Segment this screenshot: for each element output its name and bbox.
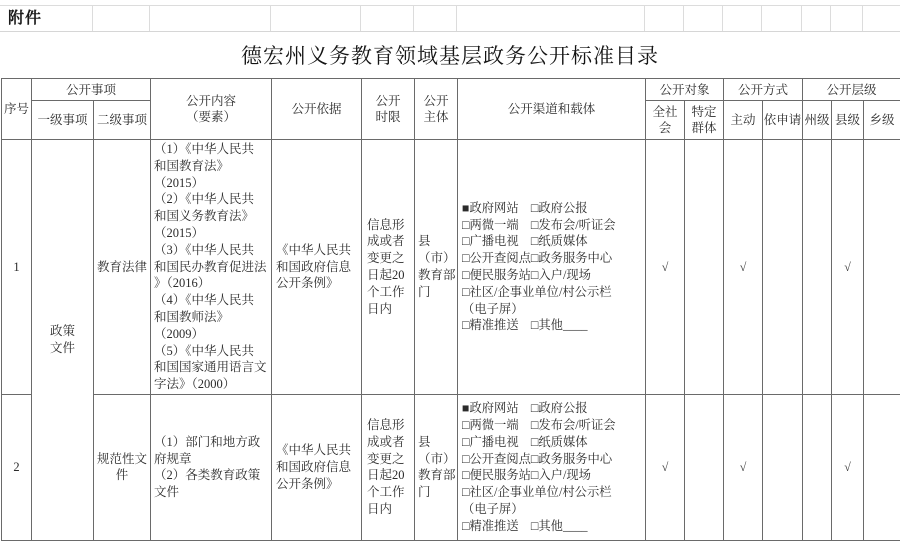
cell-time-limit: 信息形 成或者 变更之 日起20 个工作 日内 <box>362 394 415 540</box>
attachment-strip: 附件 <box>0 0 900 32</box>
page-title: 德宏州义务教育领域基层政务公开标准目录 <box>241 40 659 70</box>
checkmark-level-township <box>864 140 900 395</box>
header-level-group: 公开层级 <box>803 79 900 101</box>
header-seq: 序号 <box>2 79 32 140</box>
checkmark-method-request <box>763 140 803 395</box>
faint-gridlines <box>0 5 900 32</box>
checkmark-audience-public: √ <box>646 394 685 540</box>
cell-channels: ■政府网站 □政府公报 □两微一端 □发布会/听证会 □广播电视 □纸质媒体 □… <box>458 140 646 395</box>
header-level1: 一级事项 <box>32 101 94 140</box>
header-level-township: 乡级 <box>864 101 900 140</box>
cell-subject: 县 （市） 教育部 门 <box>415 140 458 395</box>
title-row: 德宏州义务教育领域基层政务公开标准目录 <box>0 32 900 78</box>
cell-content: （1）《中华人民共 和国教育法》 （2015） （2）《中华人民共 和国义务教育… <box>151 140 272 395</box>
cell-basis: 《中华人民共 和国政府信息 公开条例》 <box>272 394 362 540</box>
checkmark-level-prefecture <box>803 140 832 395</box>
cell-channels: ■政府网站 □政府公报 □两微一端 □发布会/听证会 □广播电视 □纸质媒体 □… <box>458 394 646 540</box>
cell-level1: 政策 文件 <box>32 140 94 541</box>
cell-time-limit: 信息形 成或者 变更之 日起20 个工作 日内 <box>362 140 415 395</box>
cell-seq: 2 <box>2 394 32 540</box>
header-audience-group: 公开对象 <box>646 79 724 101</box>
checkmark-audience-specific <box>685 140 724 395</box>
attachment-label: 附件 <box>8 5 42 28</box>
cell-level2: 教育法律 <box>94 140 151 395</box>
header-audience-public: 全社 会 <box>646 101 685 140</box>
header-level2: 二级事项 <box>94 101 151 140</box>
checkmark-method-active: √ <box>724 394 763 540</box>
header-open-item-group: 公开事项 <box>32 79 151 101</box>
header-method-request: 依申请 <box>763 101 803 140</box>
checkmark-method-request <box>763 394 803 540</box>
cell-subject: 县 （市） 教育部 门 <box>415 394 458 540</box>
header-basis: 公开依据 <box>272 79 362 140</box>
table-row: 2 规范性文 件 （1）部门和地方政 府规章 （2）各类教育政策 文件 《中华人… <box>2 394 900 540</box>
checkmark-method-active: √ <box>724 140 763 395</box>
cell-content: （1）部门和地方政 府规章 （2）各类教育政策 文件 <box>151 394 272 540</box>
header-subject: 公开 主体 <box>415 79 458 140</box>
cell-seq: 1 <box>2 140 32 395</box>
table-row: 1 政策 文件 教育法律 （1）《中华人民共 和国教育法》 （2015） （2）… <box>2 140 900 395</box>
header-content: 公开内容 （要素） <box>151 79 272 140</box>
cell-level2: 规范性文 件 <box>94 394 151 540</box>
checkmark-audience-specific <box>685 394 724 540</box>
document-canvas: 附件 德宏州义务教育领域基层政务公开标准目录 序号 公开事项 公开内容 （要素）… <box>0 0 900 543</box>
header-level-prefecture: 州级 <box>803 101 832 140</box>
cell-basis: 《中华人民共 和国政府信息 公开条例》 <box>272 140 362 395</box>
checkmark-audience-public: √ <box>646 140 685 395</box>
header-level-county: 县级 <box>832 101 864 140</box>
standards-table: 序号 公开事项 公开内容 （要素） 公开依据 公开 时限 公开 主体 公开渠道和… <box>1 78 900 541</box>
header-method-group: 公开方式 <box>724 79 803 101</box>
checkmark-level-county: √ <box>832 140 864 395</box>
header-method-active: 主动 <box>724 101 763 140</box>
header-channels: 公开渠道和载体 <box>458 79 646 140</box>
header-audience-specific: 特定 群体 <box>685 101 724 140</box>
checkmark-level-township <box>864 394 900 540</box>
checkmark-level-prefecture <box>803 394 832 540</box>
header-time-limit: 公开 时限 <box>362 79 415 140</box>
checkmark-level-county: √ <box>832 394 864 540</box>
